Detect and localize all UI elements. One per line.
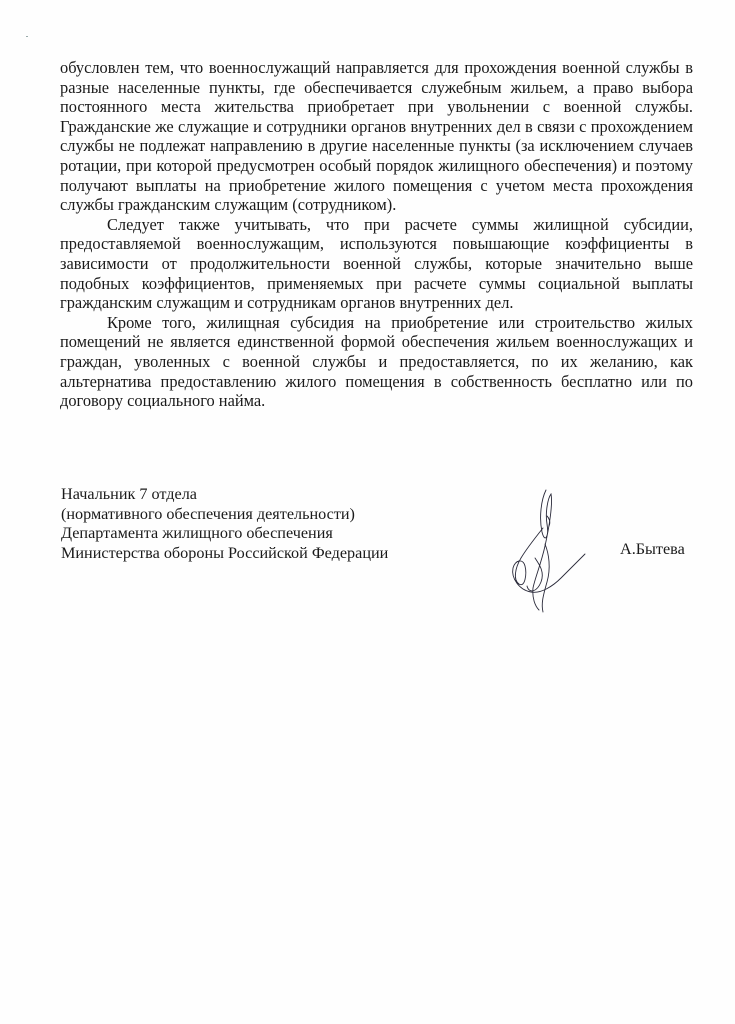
document-body: обусловлен тем, что военнослужащий напра… [60,58,693,411]
signer-name: А.Бытева [620,540,685,560]
paragraph-3: Кроме того, жилищная субсидия на приобре… [60,313,693,411]
signatory-title-line: (нормативного обеспечения деятельности) [61,505,388,525]
document-page: обусловлен тем, что военнослужащий напра… [0,0,735,1024]
signatory-title-line: Департамента жилищного обеспечения [61,524,388,544]
signatory-title-block: Начальник 7 отдела (нормативного обеспеч… [61,485,388,563]
handwritten-signature-icon [505,488,595,613]
scan-speck [26,36,28,37]
paragraph-2: Следует также учитывать, что при расчете… [60,215,693,313]
signatory-title-line: Начальник 7 отдела [61,485,388,505]
signatory-title-line: Министерства обороны Российской Федераци… [61,544,388,564]
paragraph-1: обусловлен тем, что военнослужащий напра… [60,58,693,215]
